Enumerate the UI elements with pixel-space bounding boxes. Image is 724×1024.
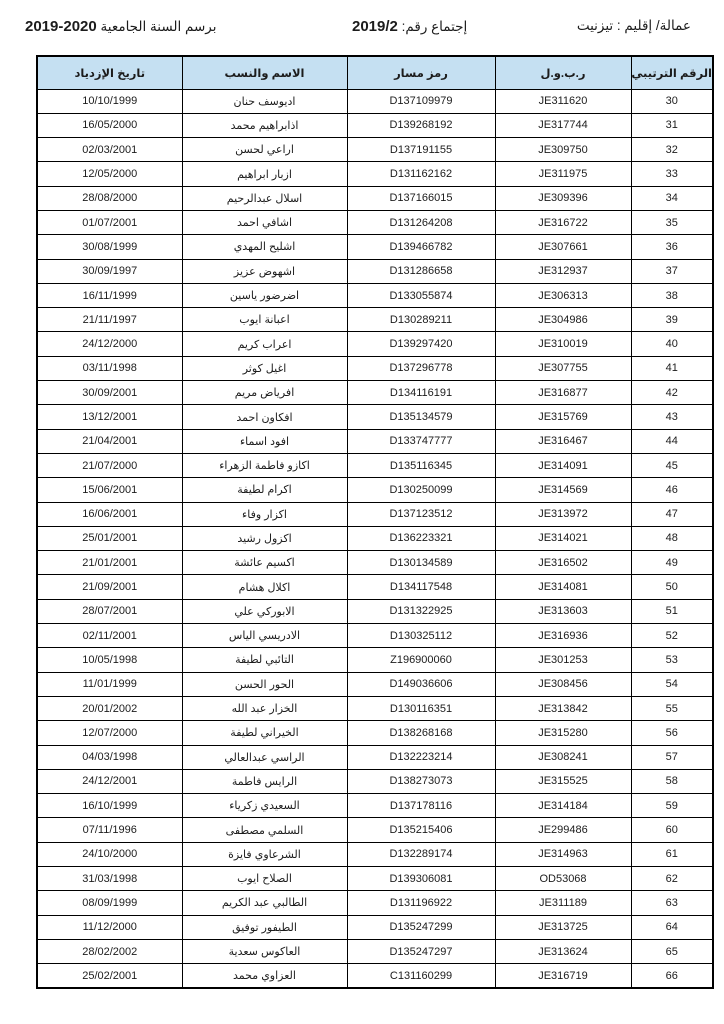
cell-name: اديوسف حنان (182, 89, 347, 113)
cell-number: 63 (631, 891, 713, 915)
cell-birthdate: 11/01/1999 (37, 672, 182, 696)
cell-massar-code: D137109979 (347, 89, 495, 113)
cell-massar-code: D130134589 (347, 551, 495, 575)
cell-rbwl-id: JE317744 (495, 113, 631, 137)
table-row: 53JE301253Z196900060التائبي لطيفة10/05/1… (37, 648, 713, 672)
region-title: عمالة/ إقليم : تيزنيت (577, 18, 691, 34)
cell-name: الحور الحسن (182, 672, 347, 696)
cell-name: اضرضور ياسين (182, 283, 347, 307)
cell-name: اكسيم عائشة (182, 551, 347, 575)
cell-number: 35 (631, 210, 713, 234)
table-row: 66JE316719C131160299العزاوي محمد25/02/20… (37, 964, 713, 988)
table-row: 62OD53068D139306081الصلاح ايوب31/03/1998 (37, 867, 713, 891)
cell-birthdate: 16/05/2000 (37, 113, 182, 137)
cell-number: 55 (631, 696, 713, 720)
cell-name: اغيل كوثر (182, 356, 347, 380)
cell-name: افكاون احمد (182, 405, 347, 429)
table-row: 38JE306313D133055874اضرضور ياسين16/11/19… (37, 283, 713, 307)
cell-rbwl-id: JE316936 (495, 624, 631, 648)
table-row: 60JE299486D135215406السلمي مصطفى07/11/19… (37, 818, 713, 842)
cell-rbwl-id: JE315525 (495, 769, 631, 793)
cell-number: 36 (631, 235, 713, 259)
cell-rbwl-id: JE304986 (495, 308, 631, 332)
cell-massar-code: D138268168 (347, 721, 495, 745)
cell-name: اعبانة ايوب (182, 308, 347, 332)
cell-number: 38 (631, 283, 713, 307)
cell-birthdate: 03/11/1998 (37, 356, 182, 380)
cell-number: 32 (631, 138, 713, 162)
cell-massar-code: D130116351 (347, 696, 495, 720)
column-header: تاريخ الإزدياد (37, 56, 182, 89)
cell-number: 42 (631, 381, 713, 405)
table-row: 49JE316502D130134589اكسيم عائشة21/01/200… (37, 551, 713, 575)
cell-number: 53 (631, 648, 713, 672)
table-row: 50JE314081D134117548اكلال هشام21/09/2001 (37, 575, 713, 599)
cell-name: الصلاح ايوب (182, 867, 347, 891)
cell-birthdate: 16/06/2001 (37, 502, 182, 526)
cell-name: اكلال هشام (182, 575, 347, 599)
table-body: 30JE311620D137109979اديوسف حنان10/10/199… (37, 89, 713, 988)
cell-number: 49 (631, 551, 713, 575)
cell-birthdate: 30/09/1997 (37, 259, 182, 283)
cell-birthdate: 24/12/2001 (37, 769, 182, 793)
cell-massar-code: D135247299 (347, 915, 495, 939)
cell-number: 43 (631, 405, 713, 429)
students-table: الرقم الترتيبير.ب.و.لرمز مسارالاسم والنس… (36, 55, 714, 989)
cell-name: الخيراني لطيفة (182, 721, 347, 745)
cell-rbwl-id: JE311975 (495, 162, 631, 186)
cell-rbwl-id: JE308456 (495, 672, 631, 696)
cell-name: اكزار وفاء (182, 502, 347, 526)
cell-number: 39 (631, 308, 713, 332)
cell-number: 44 (631, 429, 713, 453)
region-label: عمالة/ إقليم : تيزنيت (577, 18, 691, 33)
cell-massar-code: D149036606 (347, 672, 495, 696)
table-row: 41JE307755D137296778اغيل كوثر03/11/1998 (37, 356, 713, 380)
cell-massar-code: D139297420 (347, 332, 495, 356)
academic-year-value: 2020-2019 (25, 18, 97, 35)
cell-rbwl-id: JE315280 (495, 721, 631, 745)
table-row: 33JE311975D131162162ازبار ابراهيم12/05/2… (37, 162, 713, 186)
cell-birthdate: 13/12/2001 (37, 405, 182, 429)
cell-massar-code: D135215406 (347, 818, 495, 842)
cell-name: العزاوي محمد (182, 964, 347, 988)
cell-name: اعراب كريم (182, 332, 347, 356)
cell-massar-code: D135134579 (347, 405, 495, 429)
cell-number: 61 (631, 842, 713, 866)
cell-birthdate: 20/01/2002 (37, 696, 182, 720)
cell-number: 60 (631, 818, 713, 842)
cell-birthdate: 01/07/2001 (37, 210, 182, 234)
cell-rbwl-id: JE313725 (495, 915, 631, 939)
cell-rbwl-id: JE316467 (495, 429, 631, 453)
cell-name: اكرام لطيفة (182, 478, 347, 502)
cell-name: اكازو فاطمة الزهراء (182, 453, 347, 477)
cell-name: اشافي احمد (182, 210, 347, 234)
cell-name: ازبار ابراهيم (182, 162, 347, 186)
cell-number: 48 (631, 526, 713, 550)
cell-massar-code: D132289174 (347, 842, 495, 866)
cell-name: اذابراهيم محمد (182, 113, 347, 137)
cell-rbwl-id: JE306313 (495, 283, 631, 307)
cell-name: الخزار عبد الله (182, 696, 347, 720)
cell-birthdate: 12/05/2000 (37, 162, 182, 186)
cell-name: الابوركي علي (182, 599, 347, 623)
cell-rbwl-id: JE313603 (495, 599, 631, 623)
cell-massar-code: D132223214 (347, 745, 495, 769)
cell-birthdate: 10/05/1998 (37, 648, 182, 672)
cell-birthdate: 21/07/2000 (37, 453, 182, 477)
cell-rbwl-id: JE314569 (495, 478, 631, 502)
cell-number: 64 (631, 915, 713, 939)
cell-name: الطيفور توفيق (182, 915, 347, 939)
cell-massar-code: Z196900060 (347, 648, 495, 672)
cell-name: الرايس فاطمة (182, 769, 347, 793)
cell-birthdate: 24/12/2000 (37, 332, 182, 356)
cell-number: 59 (631, 794, 713, 818)
meeting-number: 2019/2 (352, 18, 398, 35)
cell-rbwl-id: JE312937 (495, 259, 631, 283)
cell-birthdate: 28/08/2000 (37, 186, 182, 210)
cell-rbwl-id: JE309396 (495, 186, 631, 210)
cell-number: 45 (631, 453, 713, 477)
cell-number: 50 (631, 575, 713, 599)
cell-number: 40 (631, 332, 713, 356)
cell-number: 41 (631, 356, 713, 380)
cell-massar-code: D135116345 (347, 453, 495, 477)
cell-birthdate: 28/02/2002 (37, 939, 182, 963)
cell-number: 47 (631, 502, 713, 526)
cell-name: الادريسي الياس (182, 624, 347, 648)
cell-massar-code: D137178116 (347, 794, 495, 818)
cell-birthdate: 10/10/1999 (37, 89, 182, 113)
cell-massar-code: D131196922 (347, 891, 495, 915)
cell-birthdate: 21/11/1997 (37, 308, 182, 332)
table-row: 56JE315280D138268168الخيراني لطيفة12/07/… (37, 721, 713, 745)
table-row: 46JE314569D130250099اكرام لطيفة15/06/200… (37, 478, 713, 502)
cell-birthdate: 02/11/2001 (37, 624, 182, 648)
cell-massar-code: D138273073 (347, 769, 495, 793)
cell-name: اراعي لحسن (182, 138, 347, 162)
cell-number: 33 (631, 162, 713, 186)
column-header: الرقم الترتيبي (631, 56, 713, 89)
table-row: 64JE313725D135247299الطيفور توفيق11/12/2… (37, 915, 713, 939)
cell-massar-code: D139306081 (347, 867, 495, 891)
cell-birthdate: 15/06/2001 (37, 478, 182, 502)
cell-name: السلمي مصطفى (182, 818, 347, 842)
cell-number: 56 (631, 721, 713, 745)
cell-number: 51 (631, 599, 713, 623)
cell-birthdate: 16/11/1999 (37, 283, 182, 307)
cell-massar-code: D135247297 (347, 939, 495, 963)
cell-name: اشهوض عزيز (182, 259, 347, 283)
cell-massar-code: D133747777 (347, 429, 495, 453)
cell-massar-code: D137296778 (347, 356, 495, 380)
table-row: 63JE311189D131196922الطالبي عبد الكريم08… (37, 891, 713, 915)
cell-birthdate: 04/03/1998 (37, 745, 182, 769)
cell-number: 31 (631, 113, 713, 137)
column-header: ر.ب.و.ل (495, 56, 631, 89)
table-row: 39JE304986D130289211اعبانة ايوب21/11/199… (37, 308, 713, 332)
cell-number: 58 (631, 769, 713, 793)
cell-number: 65 (631, 939, 713, 963)
cell-birthdate: 24/10/2000 (37, 842, 182, 866)
cell-birthdate: 30/08/1999 (37, 235, 182, 259)
cell-rbwl-id: JE307661 (495, 235, 631, 259)
column-header: رمز مسار (347, 56, 495, 89)
cell-birthdate: 28/07/2001 (37, 599, 182, 623)
cell-massar-code: D139466782 (347, 235, 495, 259)
cell-rbwl-id: JE316502 (495, 551, 631, 575)
cell-name: الراسي عبدالعالي (182, 745, 347, 769)
table-row: 58JE315525D138273073الرايس فاطمة24/12/20… (37, 769, 713, 793)
cell-birthdate: 25/02/2001 (37, 964, 182, 988)
cell-rbwl-id: JE316877 (495, 381, 631, 405)
cell-number: 66 (631, 964, 713, 988)
cell-birthdate: 21/09/2001 (37, 575, 182, 599)
cell-birthdate: 21/04/2001 (37, 429, 182, 453)
cell-name: اشليح المهدي (182, 235, 347, 259)
academic-year-title: برسم السنة الجامعية 2020-2019 (25, 18, 217, 35)
cell-number: 52 (631, 624, 713, 648)
cell-massar-code: D131162162 (347, 162, 495, 186)
cell-massar-code: D130289211 (347, 308, 495, 332)
cell-rbwl-id: OD53068 (495, 867, 631, 891)
cell-name: اكزول رشيد (182, 526, 347, 550)
table-row: 31JE317744D139268192اذابراهيم محمد16/05/… (37, 113, 713, 137)
cell-name: العاكوس سعدية (182, 939, 347, 963)
table-row: 55JE313842D130116351الخزار عبد الله20/01… (37, 696, 713, 720)
cell-number: 30 (631, 89, 713, 113)
cell-massar-code: D130325112 (347, 624, 495, 648)
cell-number: 46 (631, 478, 713, 502)
table-row: 65JE313624D135247297العاكوس سعدية28/02/2… (37, 939, 713, 963)
academic-year-label: برسم السنة الجامعية (101, 19, 217, 34)
table-row: 36JE307661D139466782اشليح المهدي30/08/19… (37, 235, 713, 259)
cell-birthdate: 30/09/2001 (37, 381, 182, 405)
cell-name: اسلال عبدالرحيم (182, 186, 347, 210)
cell-rbwl-id: JE301253 (495, 648, 631, 672)
cell-name: التائبي لطيفة (182, 648, 347, 672)
cell-birthdate: 12/07/2000 (37, 721, 182, 745)
cell-birthdate: 31/03/1998 (37, 867, 182, 891)
cell-name: افرياض مريم (182, 381, 347, 405)
cell-birthdate: 02/03/2001 (37, 138, 182, 162)
cell-massar-code: D130250099 (347, 478, 495, 502)
cell-name: الشرعاوي فايزة (182, 842, 347, 866)
cell-number: 37 (631, 259, 713, 283)
cell-rbwl-id: JE314091 (495, 453, 631, 477)
cell-massar-code: D134116191 (347, 381, 495, 405)
cell-rbwl-id: JE311189 (495, 891, 631, 915)
cell-rbwl-id: JE313972 (495, 502, 631, 526)
cell-massar-code: D131286658 (347, 259, 495, 283)
table-row: 43JE315769D135134579افكاون احمد13/12/200… (37, 405, 713, 429)
table-row: 48JE314021D136223321اكزول رشيد25/01/2001 (37, 526, 713, 550)
table-row: 51JE313603D131322925الابوركي علي28/07/20… (37, 599, 713, 623)
cell-rbwl-id: JE315769 (495, 405, 631, 429)
table-row: 59JE314184D137178116السعيدي زكرياء16/10/… (37, 794, 713, 818)
cell-rbwl-id: JE313842 (495, 696, 631, 720)
table-row: 44JE316467D133747777افود اسماء21/04/2001 (37, 429, 713, 453)
cell-birthdate: 07/11/1996 (37, 818, 182, 842)
cell-massar-code: D131264208 (347, 210, 495, 234)
meeting-label: إجتماع رقم: (402, 19, 468, 34)
table-row: 40JE310019D139297420اعراب كريم24/12/2000 (37, 332, 713, 356)
cell-name: السعيدي زكرياء (182, 794, 347, 818)
cell-rbwl-id: JE316722 (495, 210, 631, 234)
cell-number: 54 (631, 672, 713, 696)
table-row: 42JE316877D134116191افرياض مريم30/09/200… (37, 381, 713, 405)
cell-rbwl-id: JE299486 (495, 818, 631, 842)
meeting-title: إجتماع رقم: 2019/2 (352, 18, 467, 35)
cell-rbwl-id: JE314021 (495, 526, 631, 550)
cell-rbwl-id: JE309750 (495, 138, 631, 162)
page-top-header: عمالة/ إقليم : تيزنيت إجتماع رقم: 2019/2… (0, 18, 724, 44)
cell-massar-code: D134117548 (347, 575, 495, 599)
cell-rbwl-id: JE311620 (495, 89, 631, 113)
column-header: الاسم والنسب (182, 56, 347, 89)
table-row: 52JE316936D130325112الادريسي الياس02/11/… (37, 624, 713, 648)
cell-massar-code: D137123512 (347, 502, 495, 526)
cell-rbwl-id: JE310019 (495, 332, 631, 356)
cell-rbwl-id: JE313624 (495, 939, 631, 963)
cell-birthdate: 16/10/1999 (37, 794, 182, 818)
table-row: 34JE309396D137166015اسلال عبدالرحيم28/08… (37, 186, 713, 210)
table-row: 54JE308456D149036606الحور الحسن11/01/199… (37, 672, 713, 696)
cell-birthdate: 25/01/2001 (37, 526, 182, 550)
cell-rbwl-id: JE314963 (495, 842, 631, 866)
cell-rbwl-id: JE314081 (495, 575, 631, 599)
cell-birthdate: 11/12/2000 (37, 915, 182, 939)
cell-name: الطالبي عبد الكريم (182, 891, 347, 915)
cell-massar-code: D137166015 (347, 186, 495, 210)
cell-massar-code: D136223321 (347, 526, 495, 550)
table-row: 47JE313972D137123512اكزار وفاء16/06/2001 (37, 502, 713, 526)
cell-rbwl-id: JE314184 (495, 794, 631, 818)
table-row: 30JE311620D137109979اديوسف حنان10/10/199… (37, 89, 713, 113)
cell-number: 62 (631, 867, 713, 891)
cell-name: افود اسماء (182, 429, 347, 453)
table-row: 61JE314963D132289174الشرعاوي فايزة24/10/… (37, 842, 713, 866)
cell-rbwl-id: JE316719 (495, 964, 631, 988)
cell-number: 57 (631, 745, 713, 769)
cell-birthdate: 08/09/1999 (37, 891, 182, 915)
cell-massar-code: D137191155 (347, 138, 495, 162)
table-row: 57JE308241D132223214الراسي عبدالعالي04/0… (37, 745, 713, 769)
cell-number: 34 (631, 186, 713, 210)
table-row: 45JE314091D135116345اكازو فاطمة الزهراء2… (37, 453, 713, 477)
header-row: الرقم الترتيبير.ب.و.لرمز مسارالاسم والنس… (37, 56, 713, 89)
cell-rbwl-id: JE307755 (495, 356, 631, 380)
cell-massar-code: C131160299 (347, 964, 495, 988)
table-row: 32JE309750D137191155اراعي لحسن02/03/2001 (37, 138, 713, 162)
table-row: 37JE312937D131286658اشهوض عزيز30/09/1997 (37, 259, 713, 283)
table-row: 35JE316722D131264208اشافي احمد01/07/2001 (37, 210, 713, 234)
cell-massar-code: D139268192 (347, 113, 495, 137)
cell-massar-code: D133055874 (347, 283, 495, 307)
cell-rbwl-id: JE308241 (495, 745, 631, 769)
cell-birthdate: 21/01/2001 (37, 551, 182, 575)
cell-massar-code: D131322925 (347, 599, 495, 623)
